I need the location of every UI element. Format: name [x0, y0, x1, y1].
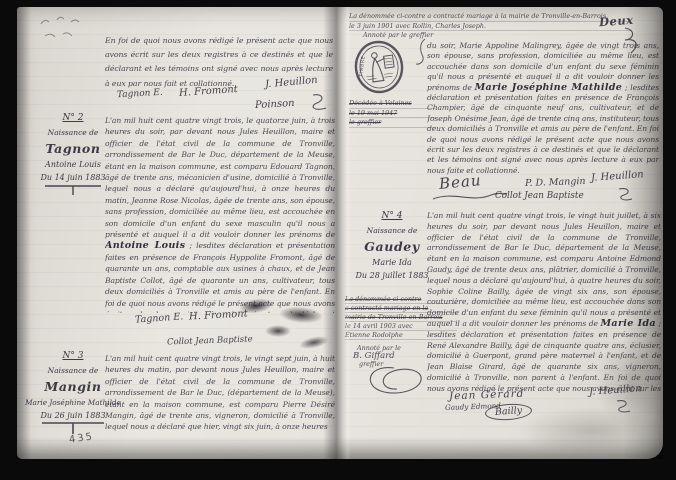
act2-signature-tagnon: Tagnon E. [135, 311, 184, 325]
act3-signature-mangin: P. D. Mangin [525, 176, 586, 189]
stamp-label: TIMBRE [358, 56, 367, 79]
act-given-names: Marie Ida [349, 258, 435, 267]
marginal-note-line: La dénommée ci-contre a contracté mariag… [349, 12, 631, 22]
register-paper: En foi de quoi nous avons rédigé le prés… [17, 7, 663, 459]
binding-gutter-shadow [323, 7, 351, 459]
struck-note-line: le 19 mai 1947 [349, 109, 435, 119]
act2-body-paragraph: L'an mil huit cent quatre vingt trois, l… [105, 115, 335, 313]
act2-body-post: ; lesdites déclaration et présentation f… [105, 241, 335, 313]
right-page: La dénommée ci-contre a contracté mariag… [345, 7, 663, 459]
struck-note-line: Décédée à Velaines [349, 99, 435, 109]
act3-signature-collot: Collot Jean Baptiste [495, 191, 584, 201]
margin-note-act2: N° 2 Naissance de Tagnon Antoine Louis D… [31, 113, 115, 201]
mention-line: le 14 avril 1903 avec [345, 322, 457, 331]
act3-child-name: Marie Joséphine Mathilde [475, 82, 623, 93]
mention-struck-line: mairie de Tronville-en-Barrois [345, 313, 457, 322]
act1-signature-tagnon: Tagnon E. [117, 88, 163, 100]
act2-signature-fromont: H. Fromont [189, 308, 248, 322]
act2-body-pre: L'an mil huit cent quatre vingt trois, l… [105, 116, 335, 239]
margin-underline-flourish-icon [42, 183, 104, 197]
register-scan-photo: En foi de quoi nous avons rédigé le prés… [0, 0, 676, 480]
marriage-marginal-mention: La dénommée ci-contre a contracté mariag… [345, 295, 457, 368]
act-surname: Gaudey [349, 239, 435, 254]
act-date: Du 14 juin 1883 [31, 173, 115, 182]
revenue-stamp-icon: TIMBRE [349, 36, 408, 99]
act-surname: Tagnon [31, 141, 115, 156]
mention-clerk-signature: B. Giffard [345, 352, 457, 360]
act2-signature-collot: Collot Jean Baptiste [167, 335, 253, 348]
mention-struck-line: a contracté mariage en la [345, 304, 457, 313]
act-type-label: Naissance de [31, 128, 115, 137]
ink-blot [265, 325, 291, 337]
mention-line: Étienne Rodolphe [345, 331, 457, 340]
pencil-scribble-icon [37, 14, 89, 44]
right-edge-shadow [623, 7, 663, 459]
marginal-note-line: le 3 juin 1901 avec Rollin, Charles Jose… [349, 22, 631, 32]
act-date: Du 28 juillet 1883 [349, 271, 435, 280]
top-marginal-marriage-note: La dénommée ci-contre a contracté mariag… [349, 12, 631, 40]
act4-signature-girard: Jean Gérard [449, 388, 525, 403]
act2-child-name: Antoine Louis [105, 240, 185, 251]
mention-struck-line: La dénommée ci-contre [345, 295, 457, 304]
bottom-edge-shadow [17, 437, 663, 459]
margin-note-act4: N° 4 Naissance de Gaudey Marie Ida Du 28… [349, 211, 435, 280]
left-edge-shadow [17, 7, 31, 459]
struck-death-note: Décédée à Velaines le 19 mai 1947 le gre… [349, 99, 435, 128]
left-page: En foi de quoi nous avons rédigé le prés… [17, 7, 333, 459]
act-given-names: Antoine Louis [31, 160, 115, 169]
act1-signature-poinson: Poinson [255, 98, 295, 111]
clerk-oval-paraph-icon [361, 363, 427, 399]
struck-note-line: le greffier [349, 118, 435, 128]
act-number: N° 4 [349, 211, 435, 221]
act-number: N° 2 [31, 113, 115, 123]
act-type-label: Naissance de [349, 226, 435, 235]
